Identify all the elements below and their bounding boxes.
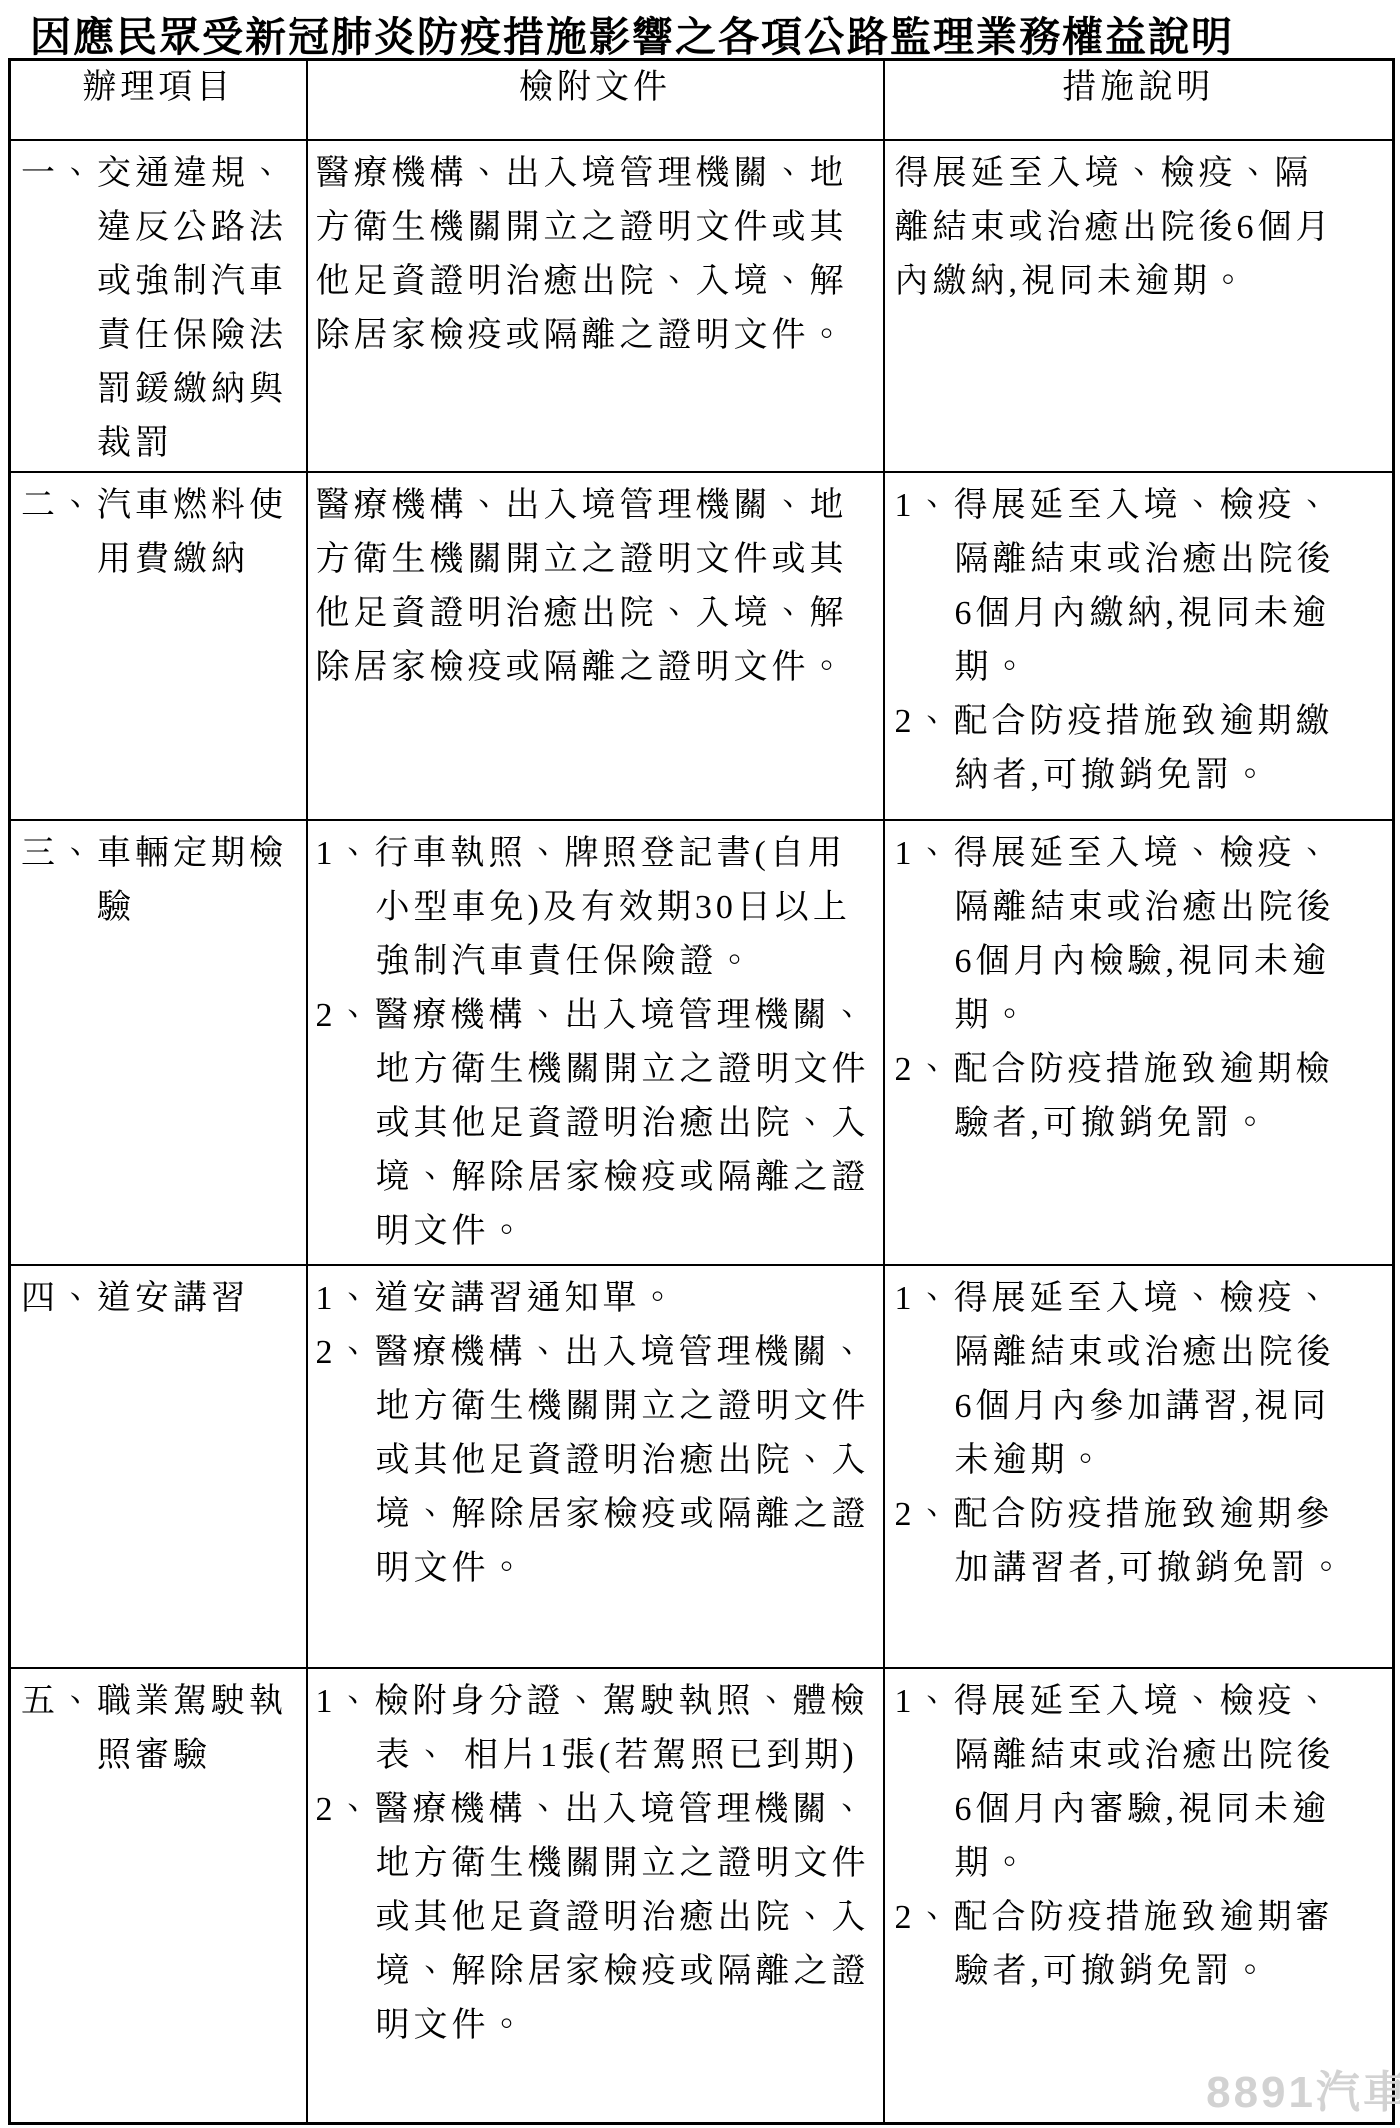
document-text: 1、檢附身分證、駕駛執照、體檢表、 相片1張(若駕照已到期) — [316, 1675, 876, 1783]
measure-text: 1、得展延至入境、檢疫、隔離結束或治癒出院後6個月內檢驗,視同未逾期。 — [895, 827, 1348, 1043]
documents-cell: 醫療機構、出入境管理機關、地方衛生機關開立之證明文件或其他足資證明治癒出院、入境… — [307, 472, 884, 820]
table-row: 一、交通違規、違反公路法或強制汽車責任保險法罰鍰繳納與裁罰 醫療機構、出入境管理… — [10, 140, 1394, 472]
document-text: 醫療機構、出入境管理機關、地方衛生機關開立之證明文件或其他足資證明治癒出院、入境… — [316, 479, 876, 695]
measures-cell: 得展延至入境、檢疫、隔離結束或治癒出院後6個月內繳納,視同未逾期。 — [884, 140, 1394, 472]
item-label: 二、汽車燃料使用費繳納 — [21, 479, 298, 587]
measure-text: 1、得展延至入境、檢疫、隔離結束或治癒出院後6個月內繳納,視同未逾期。 — [895, 479, 1348, 695]
measures-cell: 1、得展延至入境、檢疫、隔離結束或治癒出院後6個月內檢驗,視同未逾期。 2、配合… — [884, 820, 1394, 1265]
table-header-row: 辦理項目 檢附文件 措施說明 — [10, 60, 1394, 141]
item-cell: 三、車輛定期檢驗 — [10, 820, 307, 1265]
document-text: 2、醫療機構、出入境管理機關、地方衛生機關開立之證明文件或其他足資證明治癒出院、… — [316, 1326, 876, 1596]
document-text: 2、醫療機構、出入境管理機關、地方衛生機關開立之證明文件或其他足資證明治癒出院、… — [316, 989, 876, 1259]
item-label: 五、職業駕駛執照審驗 — [21, 1675, 298, 1783]
item-cell: 四、道安講習 — [10, 1265, 307, 1668]
measure-text: 1、得展延至入境、檢疫、隔離結束或治癒出院後6個月內參加講習,視同未逾期。 — [895, 1272, 1348, 1488]
document-text: 醫療機構、出入境管理機關、地方衛生機關開立之證明文件或其他足資證明治癒出院、入境… — [316, 147, 876, 363]
table-row: 三、車輛定期檢驗 1、行車執照、牌照登記書(自用小型車免)及有效期30日以上強制… — [10, 820, 1394, 1265]
measure-text: 得展延至入境、檢疫、隔離結束或治癒出院後6個月內繳納,視同未逾期。 — [895, 147, 1348, 309]
item-label: 三、車輛定期檢驗 — [21, 827, 298, 935]
document-text: 1、道安講習通知單。 — [316, 1272, 876, 1326]
documents-cell: 醫療機構、出入境管理機關、地方衛生機關開立之證明文件或其他足資證明治癒出院、入境… — [307, 140, 884, 472]
documents-cell: 1、道安講習通知單。 2、醫療機構、出入境管理機關、地方衛生機關開立之證明文件或… — [307, 1265, 884, 1668]
item-cell: 五、職業駕駛執照審驗 — [10, 1668, 307, 2123]
document-page: 因應民眾受新冠肺炎防疫措施影響之各項公路監理業務權益說明 辦理項目 檢附文件 措… — [0, 0, 1400, 2128]
item-cell: 二、汽車燃料使用費繳納 — [10, 472, 307, 820]
document-text: 2、醫療機構、出入境管理機關、地方衛生機關開立之證明文件或其他足資證明治癒出院、… — [316, 1783, 876, 2053]
measure-text: 2、配合防疫措施致逾期審驗者,可撤銷免罰。 — [895, 1891, 1348, 1999]
measure-text: 2、配合防疫措施致逾期繳納者,可撤銷免罰。 — [895, 695, 1348, 803]
measures-cell: 1、得展延至入境、檢疫、隔離結束或治癒出院後6個月內繳納,視同未逾期。 2、配合… — [884, 472, 1394, 820]
item-cell: 一、交通違規、違反公路法或強制汽車責任保險法罰鍰繳納與裁罰 — [10, 140, 307, 472]
item-label: 四、道安講習 — [21, 1272, 298, 1326]
header-measure-description: 措施說明 — [884, 60, 1394, 141]
measure-text: 2、配合防疫措施致逾期參加講習者,可撤銷免罰。 — [895, 1488, 1348, 1596]
header-handling-item: 辦理項目 — [10, 60, 307, 141]
documents-cell: 1、檢附身分證、駕駛執照、體檢表、 相片1張(若駕照已到期) 2、醫療機構、出入… — [307, 1668, 884, 2123]
header-attached-documents: 檢附文件 — [307, 60, 884, 141]
table-row: 二、汽車燃料使用費繳納 醫療機構、出入境管理機關、地方衛生機關開立之證明文件或其… — [10, 472, 1394, 820]
measures-cell: 1、得展延至入境、檢疫、隔離結束或治癒出院後6個月內審驗,視同未逾期。 2、配合… — [884, 1668, 1394, 2123]
table-row: 五、職業駕駛執照審驗 1、檢附身分證、駕駛執照、體檢表、 相片1張(若駕照已到期… — [10, 1668, 1394, 2123]
site-watermark: 8891汽車 — [1206, 2056, 1400, 2120]
rights-table: 辦理項目 檢附文件 措施說明 一、交通違規、違反公路法或強制汽車責任保險法罰鍰繳… — [8, 58, 1395, 2125]
page-title: 因應民眾受新冠肺炎防疫措施影響之各項公路監理業務權益說明 — [30, 4, 1390, 63]
documents-cell: 1、行車執照、牌照登記書(自用小型車免)及有效期30日以上強制汽車責任保險證。 … — [307, 820, 884, 1265]
item-label: 一、交通違規、違反公路法或強制汽車責任保險法罰鍰繳納與裁罰 — [21, 147, 298, 471]
table-row: 四、道安講習 1、道安講習通知單。 2、醫療機構、出入境管理機關、地方衛生機關開… — [10, 1265, 1394, 1668]
document-text: 1、行車執照、牌照登記書(自用小型車免)及有效期30日以上強制汽車責任保險證。 — [316, 827, 876, 989]
measure-text: 1、得展延至入境、檢疫、隔離結束或治癒出院後6個月內審驗,視同未逾期。 — [895, 1675, 1348, 1891]
measures-cell: 1、得展延至入境、檢疫、隔離結束或治癒出院後6個月內參加講習,視同未逾期。 2、… — [884, 1265, 1394, 1668]
measure-text: 2、配合防疫措施致逾期檢驗者,可撤銷免罰。 — [895, 1043, 1348, 1151]
